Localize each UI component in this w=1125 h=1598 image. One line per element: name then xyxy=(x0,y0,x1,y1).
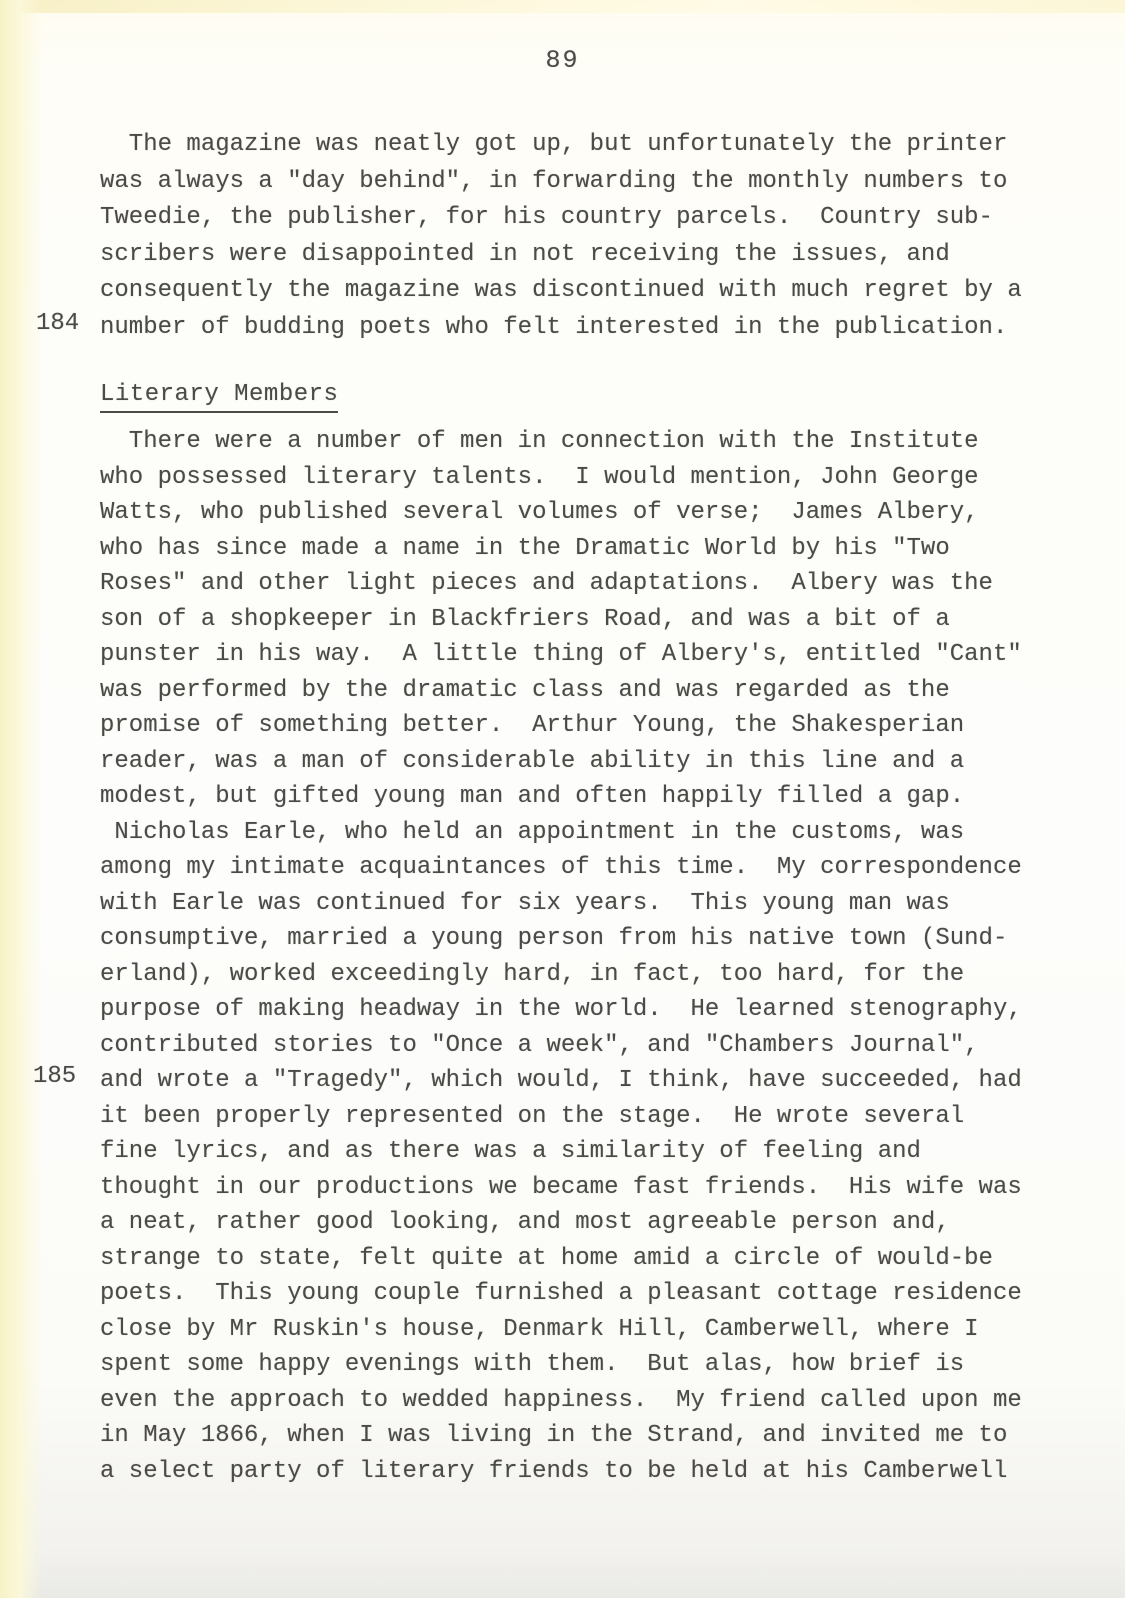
scan-edge-top xyxy=(0,0,1125,13)
text-line: reader, was a man of considerable abilit… xyxy=(100,744,1022,780)
text-line: who has since made a name in the Dramati… xyxy=(100,531,1022,567)
text-line: even the approach to wedded happiness. M… xyxy=(100,1383,1022,1419)
text-line: consumptive, married a young person from… xyxy=(100,921,1022,957)
text-line: Roses" and other light pieces and adapta… xyxy=(100,566,1022,602)
text-line: There were a number of men in connection… xyxy=(100,424,1022,460)
text-line: a neat, rather good looking, and most ag… xyxy=(100,1205,1022,1241)
text-line: erland), worked exceedingly hard, in fac… xyxy=(100,957,1022,993)
text-line: strange to state, felt quite at home ami… xyxy=(100,1241,1022,1277)
text-line: Watts, who published several volumes of … xyxy=(100,495,1022,531)
scanned-document-page: 89 184 185 The magazine was neatly got u… xyxy=(0,0,1125,1598)
text-line: and wrote a "Tragedy", which would, I th… xyxy=(100,1063,1022,1099)
text-line: promise of something better. Arthur Youn… xyxy=(100,708,1022,744)
text-line: in May 1866, when I was living in the St… xyxy=(100,1418,1022,1454)
text-line: modest, but gifted young man and often h… xyxy=(100,779,1022,815)
text-line: among my intimate acquaintances of this … xyxy=(100,850,1022,886)
text-line: was always a "day behind", in forwarding… xyxy=(100,164,1022,201)
text-line: spent some happy evenings with them. But… xyxy=(100,1347,1022,1383)
section-heading: Literary Members xyxy=(100,381,338,413)
text-line: with Earle was continued for six years. … xyxy=(100,886,1022,922)
text-line: close by Mr Ruskin's house, Denmark Hill… xyxy=(100,1312,1022,1348)
paragraph-magazine: The magazine was neatly got up, but unfo… xyxy=(100,127,1022,346)
text-line: number of budding poets who felt interes… xyxy=(100,310,1022,347)
text-line: purpose of making headway in the world. … xyxy=(100,992,1022,1028)
text-line: it been properly represented on the stag… xyxy=(100,1099,1022,1135)
page-number: 89 xyxy=(0,46,1125,75)
text-line: poets. This young couple furnished a ple… xyxy=(100,1276,1022,1312)
text-line: Tweedie, the publisher, for his country … xyxy=(100,200,1022,237)
text-line: punster in his way. A little thing of Al… xyxy=(100,637,1022,673)
text-line: was performed by the dramatic class and … xyxy=(100,673,1022,709)
scan-edge-left xyxy=(0,0,42,1598)
text-line: Nicholas Earle, who held an appointment … xyxy=(100,815,1022,851)
paragraph-literary-members: There were a number of men in connection… xyxy=(100,424,1022,1489)
text-line: thought in our productions we became fas… xyxy=(100,1170,1022,1206)
text-line: consequently the magazine was discontinu… xyxy=(100,273,1022,310)
text-line: The magazine was neatly got up, but unfo… xyxy=(100,127,1022,164)
text-line: contributed stories to "Once a week", an… xyxy=(100,1028,1022,1064)
margin-note-185: 185 xyxy=(33,1063,76,1090)
margin-note-184: 184 xyxy=(36,310,79,337)
text-line: who possessed literary talents. I would … xyxy=(100,460,1022,496)
text-line: a select party of literary friends to be… xyxy=(100,1454,1022,1490)
text-line: son of a shopkeeper in Blackfriers Road,… xyxy=(100,602,1022,638)
text-line: scribers were disappointed in not receiv… xyxy=(100,237,1022,274)
text-line: fine lyrics, and as there was a similari… xyxy=(100,1134,1022,1170)
